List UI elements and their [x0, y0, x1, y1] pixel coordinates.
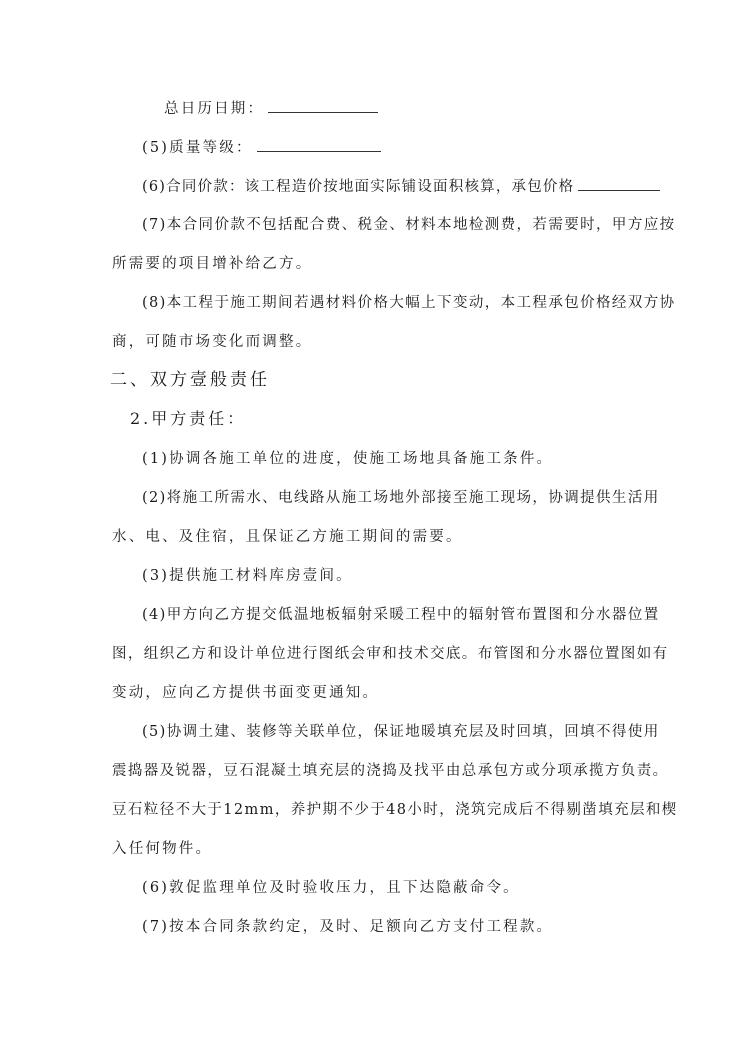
total-calendar-days-row: 总日历日期：: [164, 98, 378, 119]
contract-price-blank: [578, 176, 660, 191]
item7-line1: (7)本合同价款不包括配合费、税金、材料本地检测费，若需要时，甲方应按: [142, 215, 676, 235]
contract-price-row: (6)合同价款：该工程造价按地面实际铺设面积核算，承包价格: [142, 176, 660, 197]
item7-line2: 所需要的项目增补给乙方。: [112, 254, 312, 274]
responsibility-item-6: (6)敦促监理单位及时验收压力，且下达隐蔽命令。: [142, 878, 520, 898]
responsibility-item-4-line1: (4)甲方向乙方提交低温地板辐射采暖工程中的辐射管布置图和分水器位置: [142, 605, 660, 625]
responsibility-item-2-line1: (2)将施工所需水、电线路从施工场地外部接至施工现场，协调提供生活用: [142, 488, 660, 508]
responsibility-item-4-line3: 变动，应向乙方提供书面变更通知。: [112, 683, 379, 703]
total-calendar-days-label: 总日历日期：: [164, 101, 264, 117]
responsibility-item-2-line2: 水、电、及住宿，且保证乙方施工期间的需要。: [112, 527, 463, 547]
quality-grade-label: (5)质量等级：: [142, 140, 253, 156]
party-a-responsibilities-title: 2.甲方责任：: [130, 409, 246, 429]
item8-line1: (8)本工程于施工期间若遇材料价格大幅上下变动，本工程承包价格经双方协: [142, 293, 676, 313]
responsibility-item-5-line2: 震捣器及锐器，豆石混凝土填充层的浇捣及找平由总承包方或分项承揽方负责。: [112, 761, 669, 781]
responsibility-item-5-line4: 入任何物件。: [112, 839, 212, 859]
contract-price-label: (6)合同价款：该工程造价按地面实际铺设面积核算，承包价格: [142, 179, 574, 195]
total-calendar-days-blank: [268, 98, 378, 113]
responsibility-item-4-line2: 图，组织乙方和设计单位进行图纸会审和技术交底。布管图和分水器位置图如有: [112, 644, 669, 664]
quality-grade-row: (5)质量等级：: [142, 137, 381, 158]
section-two-title: 二、双方壹般责任: [110, 370, 270, 390]
document-page: 总日历日期： (5)质量等级： (6)合同价款：该工程造价按地面实际铺设面积核算…: [0, 0, 744, 1052]
item8-line2: 商，可随市场变化而调整。: [112, 332, 312, 352]
responsibility-item-5-line1: (5)协调土建、装修等关联单位，保证地暖填充层及时回填，回填不得使用: [142, 722, 660, 742]
responsibility-item-3: (3)提供施工材料库房壹间。: [142, 566, 353, 586]
quality-grade-blank: [257, 137, 381, 152]
responsibility-item-5-line3: 豆石粒径不大于12mm，养护期不少于48小时，浇筑完成后不得剔凿填充层和楔: [112, 800, 678, 820]
responsibility-item-1: (1)协调各施工单位的进度，使施工场地具备施工条件。: [142, 449, 553, 469]
responsibility-item-7: (7)按本合同条款约定，及时、足额向乙方支付工程款。: [142, 917, 553, 937]
